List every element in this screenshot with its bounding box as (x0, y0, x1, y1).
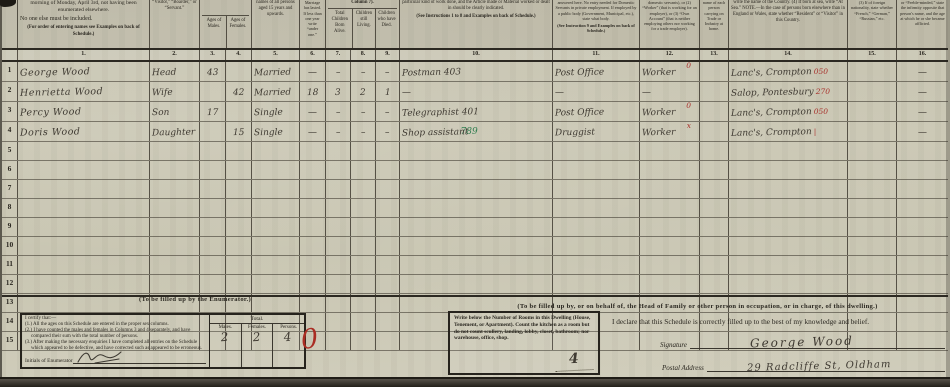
header-col11-text: answered here. No entry needed for Domes… (555, 0, 636, 21)
cell-athome (700, 122, 729, 141)
column-number: 5. (252, 50, 300, 60)
cell-age_m (200, 199, 226, 217)
header-col-ages-females: Ages of Females. (226, 16, 249, 48)
cell-relation (150, 275, 200, 293)
handwritten-entry: – (385, 126, 390, 141)
table-row: 11 (2, 256, 948, 275)
cell-marriage (252, 275, 300, 293)
cell-age_f: 42 (226, 82, 252, 101)
totals-table: Total. Males. 2 Females. 2 Persons. 4 (209, 315, 304, 367)
cell-nationality (848, 102, 897, 121)
column-number: 12. (640, 50, 700, 60)
rooms-count-handwritten: 4 (555, 350, 594, 371)
cell-died: 1 (376, 82, 400, 101)
handwritten-entry: – (361, 66, 366, 81)
cell-age_f (226, 218, 252, 236)
cell-relation: Daughter (150, 122, 200, 141)
handwritten-entry: — (308, 66, 317, 81)
header-col-children-died: Children who have Died. (375, 9, 397, 48)
handwritten-entry: – (385, 106, 390, 121)
cell-status (640, 218, 700, 236)
cell-born (326, 218, 351, 236)
cell-died (376, 256, 400, 274)
header-col12-text: domestic servants), or (2) “Worker” (tha… (642, 0, 697, 31)
cell-years (300, 256, 326, 274)
header-col-ages-group: Ages of Males. Ages of Females. (200, 0, 252, 48)
handwritten-entry: 2 (360, 86, 366, 101)
cell-born (326, 237, 351, 255)
cell-living (351, 142, 376, 160)
header-col-ages-males: Ages of Males. (202, 16, 226, 48)
cell-born: – (326, 122, 351, 141)
cell-years (300, 161, 326, 179)
header-children-cells: Total Children Born Alive. Children stil… (328, 9, 397, 48)
cell-marriage: Married (252, 82, 300, 101)
table-row: 1George WoodHead43Married—–––Postman 403… (2, 62, 948, 82)
handwritten-entry: 3 (335, 86, 341, 101)
cell-born: 3 (326, 82, 351, 101)
cell-occupation (400, 275, 553, 293)
cell-athome (700, 142, 729, 160)
cell-marriage (252, 237, 300, 255)
cell-status (640, 161, 700, 179)
header-col10-text: particular kind of work done, and the Ar… (402, 0, 550, 11)
cell-age_m (200, 180, 226, 198)
cell-industry: Druggist (553, 122, 640, 141)
enumerator-box: I certify that:— (1.) All the ages on th… (20, 313, 306, 369)
handwritten-entry: — (918, 126, 927, 141)
postal-address-row: Postal Address 29 Radcliffe St, Oldham (612, 358, 945, 372)
cell-born (326, 275, 351, 293)
cell-died (376, 275, 400, 293)
header-col-nationality: (3) If of foreign nationality, state whe… (848, 0, 897, 48)
status-check-mark-red: x (687, 122, 691, 130)
cell-age_m (200, 256, 226, 274)
header-col15-text: (3) If of foreign nationality, state whe… (851, 0, 893, 21)
cell-years: — (300, 102, 326, 121)
row-number: 12 (2, 275, 18, 293)
cell-age_m (200, 161, 226, 179)
handwritten-entry: Son (152, 106, 170, 121)
handwritten-entry: Head (152, 66, 177, 81)
cell-age_m: 17 (200, 102, 226, 121)
cell-name (18, 199, 150, 217)
cell-relation: Head (150, 62, 200, 81)
row-number: 13 (2, 294, 18, 312)
status-check-mark-red: 0 (686, 62, 691, 70)
cell-birthplace (729, 237, 848, 255)
cell-marriage: Single (252, 102, 300, 121)
initials-underline (73, 353, 206, 364)
cell-years (300, 199, 326, 217)
cell-status: Worker0 (640, 62, 700, 81)
cell-name (18, 180, 150, 198)
cell-nationality (848, 62, 897, 81)
cell-born (326, 256, 351, 274)
cell-relation (150, 218, 200, 236)
census-table: morning of Monday, April 3rd, not having… (2, 0, 948, 297)
cell-birthplace (729, 275, 848, 293)
column-number: 3. (200, 50, 226, 60)
handwritten-entry: — (308, 126, 317, 141)
table-row: 10 (2, 237, 948, 256)
cell-born (326, 142, 351, 160)
cell-infirmity (897, 180, 948, 198)
handwritten-entry: Lanc's, Crompton (731, 125, 812, 141)
handwritten-entry: Single (254, 106, 283, 121)
cell-industry (553, 256, 640, 274)
table-row: 5 (2, 142, 948, 161)
cell-marriage: Single (252, 122, 300, 141)
enumerator-initials-signature (75, 349, 127, 367)
header-rownum-spacer (2, 0, 18, 48)
handwritten-entry: Worker (642, 106, 676, 121)
column-number: 11. (553, 50, 640, 60)
cell-age_f (226, 199, 252, 217)
cell-died: – (376, 62, 400, 81)
postal-address-label: Postal Address (662, 364, 704, 372)
handwritten-entry: Married (254, 66, 291, 81)
cell-years (300, 142, 326, 160)
cell-birthplace: Lanc's, Crompton050 (729, 62, 848, 81)
handwritten-entry: Salop, Pontesbury (731, 85, 814, 101)
cell-living (351, 275, 376, 293)
cell-industry (553, 275, 640, 293)
cell-status (640, 199, 700, 217)
cell-marriage (252, 256, 300, 274)
handwritten-entry: Post Office (555, 105, 605, 121)
cell-nationality (848, 256, 897, 274)
cell-birthplace (729, 142, 848, 160)
header-ages-cells: Ages of Males. Ages of Females. (202, 16, 249, 48)
table-row: 7 (2, 180, 948, 199)
scan-left-edge (0, 0, 2, 387)
cell-occupation: Postman 403 (400, 62, 553, 81)
handwritten-entry: Lanc's, Crompton (731, 105, 812, 121)
row-number: 6 (2, 161, 18, 179)
header-col-names: morning of Monday, April 3rd, not having… (18, 0, 150, 48)
cell-name (18, 256, 150, 274)
cell-relation (150, 180, 200, 198)
cell-infirmity (897, 142, 948, 160)
cell-occupation: — (400, 82, 553, 101)
cell-athome (700, 218, 729, 236)
cell-name (18, 161, 150, 179)
cell-years (300, 275, 326, 293)
cell-living (351, 313, 376, 331)
handwritten-entry: Post Office (555, 65, 605, 81)
handwritten-entry: Druggist (555, 126, 595, 141)
cell-died (376, 142, 400, 160)
handwritten-entry: Henrietta Wood (20, 84, 103, 101)
initials-line: Initials of Enumerator (25, 353, 206, 364)
handwritten-entry: 43 (207, 66, 219, 81)
cell-occupation (400, 199, 553, 217)
handwritten-entry: Worker (642, 66, 676, 81)
cell-age_m (200, 142, 226, 160)
cell-relation (150, 199, 200, 217)
row-number: 1 (2, 62, 18, 81)
column-number: 6. (300, 50, 326, 60)
cell-athome (700, 275, 729, 293)
cell-athome (700, 82, 729, 101)
cell-age_f (226, 275, 252, 293)
cell-age_f (226, 256, 252, 274)
row-number: 5 (2, 142, 18, 160)
cell-born (326, 199, 351, 217)
cell-born (326, 313, 351, 331)
handwritten-entry: Shop assistant (402, 125, 469, 141)
cell-name (18, 142, 150, 160)
cell-infirmity: — (897, 122, 948, 141)
cell-infirmity: — (897, 82, 948, 101)
cell-years (300, 218, 326, 236)
cell-industry (553, 199, 640, 217)
cell-name (18, 237, 150, 255)
header-col13-text: name of each person carrying on Trade or… (703, 0, 725, 31)
handwritten-entry: – (361, 106, 366, 121)
table-row: 9 (2, 218, 948, 237)
header-col-relationship: “Visitor,” “Boarder,” or “Servant.” (150, 0, 200, 48)
cell-living: – (351, 122, 376, 141)
cell-athome (700, 237, 729, 255)
cell-athome (700, 180, 729, 198)
cell-living (351, 237, 376, 255)
column-number: 16. (897, 50, 948, 60)
cell-occupation: Shop assistant789 (400, 122, 553, 141)
cell-birthplace: Salop, Pontesbury270 (729, 82, 848, 101)
totals-females-value: 2 (240, 329, 273, 368)
header-col-occupation: particular kind of work done, and the Ar… (400, 0, 553, 48)
scan-right-shade (946, 0, 950, 387)
totals-columns: Males. 2 Females. 2 Persons. 4 (210, 324, 304, 367)
header-col-children-living: Children still Living. (352, 9, 376, 48)
row-number: 14 (2, 313, 18, 331)
cell-age_f (226, 62, 252, 81)
row-number: 9 (2, 218, 18, 236)
header-col1-note: No one else must be included. (20, 16, 147, 24)
header-col-marriage-years: Marriage has lasted. If less than one ye… (300, 0, 326, 48)
handwritten-entry: – (385, 66, 390, 81)
cell-marriage (252, 142, 300, 160)
cell-infirmity (897, 275, 948, 293)
cell-occupation (400, 142, 553, 160)
cell-age_f: 15 (226, 122, 252, 141)
handwritten-entry: 17 (207, 106, 219, 121)
cell-age_f (226, 142, 252, 160)
cell-athome (700, 62, 729, 81)
table-body: 1George WoodHead43Married—–––Postman 403… (2, 62, 948, 295)
cell-infirmity (897, 256, 948, 274)
census-schedule-scan: morning of Monday, April 3rd, not having… (0, 0, 950, 387)
cell-birthplace: Lanc's, Crompton050 (729, 102, 848, 121)
cell-years (300, 237, 326, 255)
header-ages-spacer (202, 0, 249, 16)
cell-born (326, 180, 351, 198)
cell-name: Henrietta Wood (18, 82, 150, 101)
cell-age_m (200, 82, 226, 101)
cell-living (351, 161, 376, 179)
cell-relation (150, 256, 200, 274)
cell-died (376, 199, 400, 217)
cell-born: – (326, 62, 351, 81)
colnum-spacer (2, 50, 18, 60)
cell-industry (553, 218, 640, 236)
handwritten-entry: — (402, 86, 411, 101)
header-col-industry: answered here. No entry needed for Domes… (553, 0, 640, 48)
table-row: 6 (2, 161, 948, 180)
totals-females: Females. 2 (241, 324, 273, 367)
cell-years (300, 180, 326, 198)
handwritten-entry: – (336, 106, 341, 121)
header-col14-text: write the name of the Country. (4) If bo… (731, 0, 845, 23)
cell-nationality (848, 237, 897, 255)
cell-age_m: 43 (200, 62, 226, 81)
handwritten-entry: — (918, 86, 927, 101)
cell-died (376, 294, 400, 312)
handwritten-entry: — (918, 66, 927, 81)
column-number: 10. (400, 50, 553, 60)
cell-nationality (848, 180, 897, 198)
handwritten-entry: – (361, 126, 366, 141)
cell-name: Percy Wood (18, 102, 150, 121)
clerk-check-mark-red: 0 (299, 323, 319, 356)
cell-occupation (400, 218, 553, 236)
header-col10-note: (See Instructions 1 to 8 and Examples on… (402, 14, 550, 20)
column-number: 8. (351, 50, 376, 60)
handwritten-entry: — (642, 86, 651, 101)
cell-age_f (226, 237, 252, 255)
handwritten-entry: 42 (233, 86, 245, 101)
birthplace-code-red: 050 (814, 107, 828, 116)
column-number: 15. (848, 50, 897, 60)
row-number: 4 (2, 122, 18, 141)
cell-infirmity: — (897, 102, 948, 121)
cell-living: – (351, 62, 376, 81)
header-children-title: Column 7). (328, 0, 397, 9)
cell-occupation (400, 256, 553, 274)
birthplace-code-red: 050 (814, 67, 828, 76)
rooms-box: Write below the Number of Rooms in this … (448, 311, 600, 375)
cell-died (376, 332, 400, 350)
handwritten-entry: Daughter (152, 126, 195, 141)
cell-nationality (848, 199, 897, 217)
header-col-birthplace: write the name of the Country. (4) If bo… (729, 0, 848, 48)
cell-occupation: Telegraphist 401 (400, 102, 553, 121)
cell-age_f (226, 161, 252, 179)
cell-age_m (200, 122, 226, 141)
cell-age_m (200, 237, 226, 255)
cell-industry (553, 237, 640, 255)
cell-name (18, 275, 150, 293)
cell-birthplace (729, 256, 848, 274)
header-col1-examples-note: (For order of entering names see Example… (20, 25, 147, 37)
handwritten-entry: Married (254, 86, 291, 101)
cell-status: Worker0 (640, 102, 700, 121)
cell-industry (553, 180, 640, 198)
certify-item-2: (2.) I have counted the males and female… (25, 328, 206, 340)
totals-title: Total. (210, 315, 304, 324)
cell-birthplace (729, 180, 848, 198)
cell-status: Workerx (640, 122, 700, 141)
status-check-mark-red: 0 (686, 102, 691, 110)
cell-age_m (200, 218, 226, 236)
column-number: 14. (729, 50, 848, 60)
declaration-block: I declare that this Schedule is correctl… (612, 317, 945, 372)
cell-infirmity (897, 199, 948, 217)
cell-industry: — (553, 82, 640, 101)
handwritten-entry: George Wood (20, 64, 91, 80)
table-row: 2Henrietta WoodWife42Married18321———Salo… (2, 82, 948, 102)
header-col2-text: “Visitor,” “Boarder,” or “Servant.” (152, 0, 196, 11)
cell-birthplace (729, 199, 848, 217)
cell-died (376, 161, 400, 179)
cell-living (351, 199, 376, 217)
cell-living: – (351, 102, 376, 121)
cell-name (18, 218, 150, 236)
cell-living: 2 (351, 82, 376, 101)
cell-relation (150, 237, 200, 255)
cell-relation: Wife (150, 82, 200, 101)
cell-athome (700, 102, 729, 121)
handwritten-entry: – (336, 126, 341, 141)
column-number: 13. (700, 50, 729, 60)
handwritten-entry: Postman 403 (402, 65, 461, 81)
cell-born: – (326, 102, 351, 121)
column-number: 4. (226, 50, 252, 60)
handwritten-entry: Wife (152, 86, 173, 101)
handwritten-entry: 1 (384, 86, 390, 101)
cell-died: – (376, 102, 400, 121)
cell-marriage (252, 161, 300, 179)
signature-handwritten: George Wood (750, 334, 854, 351)
cell-nationality (848, 161, 897, 179)
header-col-employment-status: domestic servants), or (2) “Worker” (tha… (640, 0, 700, 48)
cell-living (351, 332, 376, 350)
cell-marriage (252, 180, 300, 198)
column-number: 7. (326, 50, 351, 60)
table-row: 4Doris WoodDaughter15Single—–––Shop assi… (2, 122, 948, 142)
signature-row: Signature George Wood (612, 335, 945, 349)
cell-years: 18 (300, 82, 326, 101)
cell-birthplace (729, 161, 848, 179)
rooms-box-text: Write below the Number of Rooms in this … (454, 315, 590, 341)
birthplace-code-red: | (814, 127, 817, 136)
cell-infirmity (897, 218, 948, 236)
handwritten-entry: Doris Wood (20, 124, 81, 140)
column-number: 1. (18, 50, 150, 60)
cell-years: — (300, 62, 326, 81)
cell-nationality (848, 218, 897, 236)
birthplace-code-red: 270 (816, 87, 830, 96)
cell-born (326, 161, 351, 179)
cell-died (376, 313, 400, 331)
cell-age_f (226, 180, 252, 198)
totals-males: Males. 2 (210, 324, 241, 367)
cell-athome (700, 161, 729, 179)
column-number: 2. (150, 50, 200, 60)
cell-living (351, 256, 376, 274)
cell-nationality (848, 82, 897, 101)
cell-nationality (848, 122, 897, 141)
signature-label: Signature (660, 341, 687, 349)
postal-address-line: 29 Radcliffe St, Oldham (707, 358, 945, 372)
household-strip-label: (To be filled up by, or on behalf of, th… (450, 303, 945, 310)
cell-infirmity (897, 237, 948, 255)
enumerator-strip-label: (To be filled up by the Enumerator.) (30, 296, 360, 303)
cell-marriage (252, 218, 300, 236)
row-number: 3 (2, 102, 18, 121)
